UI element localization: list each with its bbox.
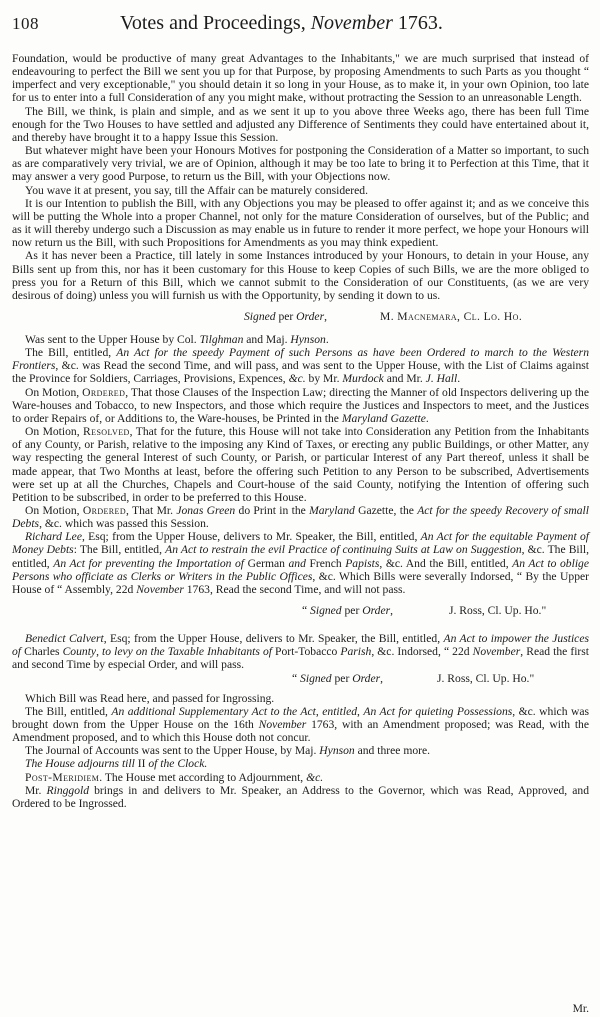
text: , That Mr. xyxy=(126,504,176,517)
text: The Journal of Accounts was sent to the … xyxy=(25,744,319,757)
text: , Esq; from the Upper House, delivers to… xyxy=(104,632,444,645)
sig-quote: “ xyxy=(302,604,310,617)
entry: On Motion, Resolved, That for the future… xyxy=(12,425,589,504)
text: The Bill, entitled, xyxy=(25,705,111,718)
text: and Maj. xyxy=(243,333,290,346)
body-text: Foundation, would be productive of many … xyxy=(12,52,589,810)
entry: On Motion, Ordered, That those Clauses o… xyxy=(12,386,589,425)
adjournment-text: of the Clock. xyxy=(148,757,207,770)
page-header: 108 Votes and Proceedings, November 1763… xyxy=(12,14,588,40)
motion-keyword: Resolved xyxy=(83,425,130,438)
sig-order: Order xyxy=(352,672,380,685)
sig-signed: Signed xyxy=(300,672,332,685)
text: , Esq; from the Upper House, delivers to… xyxy=(82,530,421,543)
paragraph: You wave it at present, you say, till th… xyxy=(12,184,589,197)
entry: Was sent to the Upper House by Col. Tilg… xyxy=(12,333,589,346)
entry: Which Bill was Read here, and passed for… xyxy=(12,692,589,705)
person-name: Murdock xyxy=(342,372,383,385)
text-italic: County xyxy=(63,645,97,658)
person-name: Hynson xyxy=(290,333,325,346)
person-name: Richard Lee xyxy=(25,530,82,543)
sig-per: per xyxy=(332,672,353,685)
publication-name: Maryland xyxy=(309,504,355,517)
text: , &c. And the Bill, entitled, xyxy=(379,557,512,570)
page-number: 108 xyxy=(12,14,39,34)
entry: On Motion, Ordered, That Mr. Jonas Green… xyxy=(12,504,589,530)
text: , &c. Indorsed, “ 22d xyxy=(371,645,472,658)
text: by Mr. xyxy=(306,372,343,385)
person-name: Benedict Calvert xyxy=(25,632,104,645)
document-page: 108 Votes and Proceedings, November 1763… xyxy=(0,0,600,1017)
running-title-year: 1763. xyxy=(393,12,443,34)
text-italic: Parish xyxy=(340,645,371,658)
signature-lead: “ Signed per Order, xyxy=(292,672,383,685)
bill-title: An additional Supplementary Act to the A… xyxy=(111,705,316,718)
sig-per: per xyxy=(342,604,363,617)
signature-upper-house: “ Signed per Order, J. Ross, Cl. Up. Ho.… xyxy=(12,604,589,618)
text-italic: and xyxy=(288,557,305,570)
text: . The House met according to Adjournment… xyxy=(99,771,306,784)
entry: Mr. Ringgold brings in and delivers to M… xyxy=(12,784,589,810)
paragraph: But whatever might have been your Honour… xyxy=(12,144,589,183)
person-name: Ringgold xyxy=(47,784,90,797)
session-heading: Post-Meridiem xyxy=(25,771,99,784)
signature-upper-house-2: “ Signed per Order, J. Ross, Cl. Up. Ho.… xyxy=(12,672,589,686)
text: and Mr. xyxy=(384,372,426,385)
text: . xyxy=(426,412,429,425)
entry: The Bill, entitled, An additional Supple… xyxy=(12,705,589,744)
sig-per: per xyxy=(276,310,297,323)
text: On Motion, xyxy=(25,504,83,517)
sig-comma: , xyxy=(324,310,327,323)
text-italic: Papists xyxy=(345,557,379,570)
entry: Post-Meridiem. The House met according t… xyxy=(12,771,589,784)
entry: Benedict Calvert, Esq; from the Upper Ho… xyxy=(12,632,589,671)
text-italic: &c. xyxy=(306,771,323,784)
publication-name: Maryland Gazette xyxy=(342,412,426,425)
sig-order: Order xyxy=(296,310,324,323)
signature-lead: “ Signed per Order, xyxy=(302,604,393,617)
text: German xyxy=(244,557,288,570)
sig-quote: “ xyxy=(292,672,300,685)
sig-signed: Signed xyxy=(310,604,342,617)
text: . xyxy=(457,372,460,385)
sig-comma: , xyxy=(380,672,383,685)
text: Charles xyxy=(21,645,63,658)
person-name: Hynson xyxy=(319,744,354,757)
running-title-text: Votes and Proceedings, xyxy=(120,12,311,34)
text: French xyxy=(306,557,345,570)
sig-order: Order xyxy=(362,604,390,617)
text: 1763, Read the second Time, and will not… xyxy=(184,583,406,596)
person-name: Tilghman xyxy=(200,333,244,346)
paragraph: It is our Intention to publish the Bill,… xyxy=(12,197,589,250)
text: On Motion, xyxy=(25,386,82,399)
paragraph: Foundation, would be productive of many … xyxy=(12,52,589,105)
text: Gazette, the xyxy=(355,504,417,517)
person-name: J. Hall xyxy=(426,372,458,385)
adjournment-text: The House adjourns till xyxy=(25,757,135,770)
sig-signed: Signed xyxy=(244,310,276,323)
bill-title: An Act for preventing the Importation of xyxy=(53,557,244,570)
bill-title: An Act to restrain the evil Practice of … xyxy=(165,543,522,556)
text: Was sent to the Upper House by Col. xyxy=(25,333,200,346)
catchword: Mr. xyxy=(573,1002,589,1015)
text: , &c. which was passed this Session. xyxy=(39,517,209,530)
text: and three more. xyxy=(355,744,430,757)
text: Port-Tobacco xyxy=(272,645,340,658)
signature-lower-house: Signed per Order, M. Macnemara, Cl. Lo. … xyxy=(12,310,589,324)
bill-title: to levy on the Taxable Inhabitants of xyxy=(102,645,272,658)
month: November xyxy=(473,645,521,658)
text-italic: entitled xyxy=(322,705,357,718)
text: Mr. xyxy=(25,784,47,797)
text: do Print in the xyxy=(235,504,309,517)
motion-keyword: Ordered xyxy=(83,504,126,517)
paragraph: As it has never been a Practice, till la… xyxy=(12,249,589,302)
text: On Motion, xyxy=(25,425,83,438)
month: November xyxy=(259,718,307,731)
signatory-name: J. Ross, Cl. Up. Ho." xyxy=(437,672,534,685)
text: brings in and delivers to Mr. Speaker, a… xyxy=(12,784,589,810)
month: November xyxy=(136,583,184,596)
running-title-month: November xyxy=(311,12,393,34)
signatory-name: J. Ross, Cl. Up. Ho." xyxy=(449,604,546,617)
text: . xyxy=(326,333,329,346)
hour: II xyxy=(135,757,149,770)
bill-title: An Act for quieting Possessions xyxy=(363,705,512,718)
signature-lead: Signed per Order, xyxy=(244,310,327,323)
motion-keyword: Ordered xyxy=(82,386,125,399)
entry: The House adjourns till II of the Clock. xyxy=(12,757,589,770)
text: : The Bill, entitled, xyxy=(74,543,165,556)
text-italic: &c. xyxy=(289,372,306,385)
signatory-name: M. Macnemara, Cl. Lo. Ho. xyxy=(380,310,522,323)
paragraph: The Bill, we think, is plain and simple,… xyxy=(12,105,589,144)
entry: Richard Lee, Esq; from the Upper House, … xyxy=(12,530,589,596)
sig-comma: , xyxy=(390,604,393,617)
entry: The Bill, entitled, An Act for the speed… xyxy=(12,346,589,385)
text: The Bill, entitled, xyxy=(25,346,116,359)
person-name: Jonas Green xyxy=(176,504,235,517)
entry: The Journal of Accounts was sent to the … xyxy=(12,744,589,757)
running-title: Votes and Proceedings, November 1763. xyxy=(120,12,443,35)
